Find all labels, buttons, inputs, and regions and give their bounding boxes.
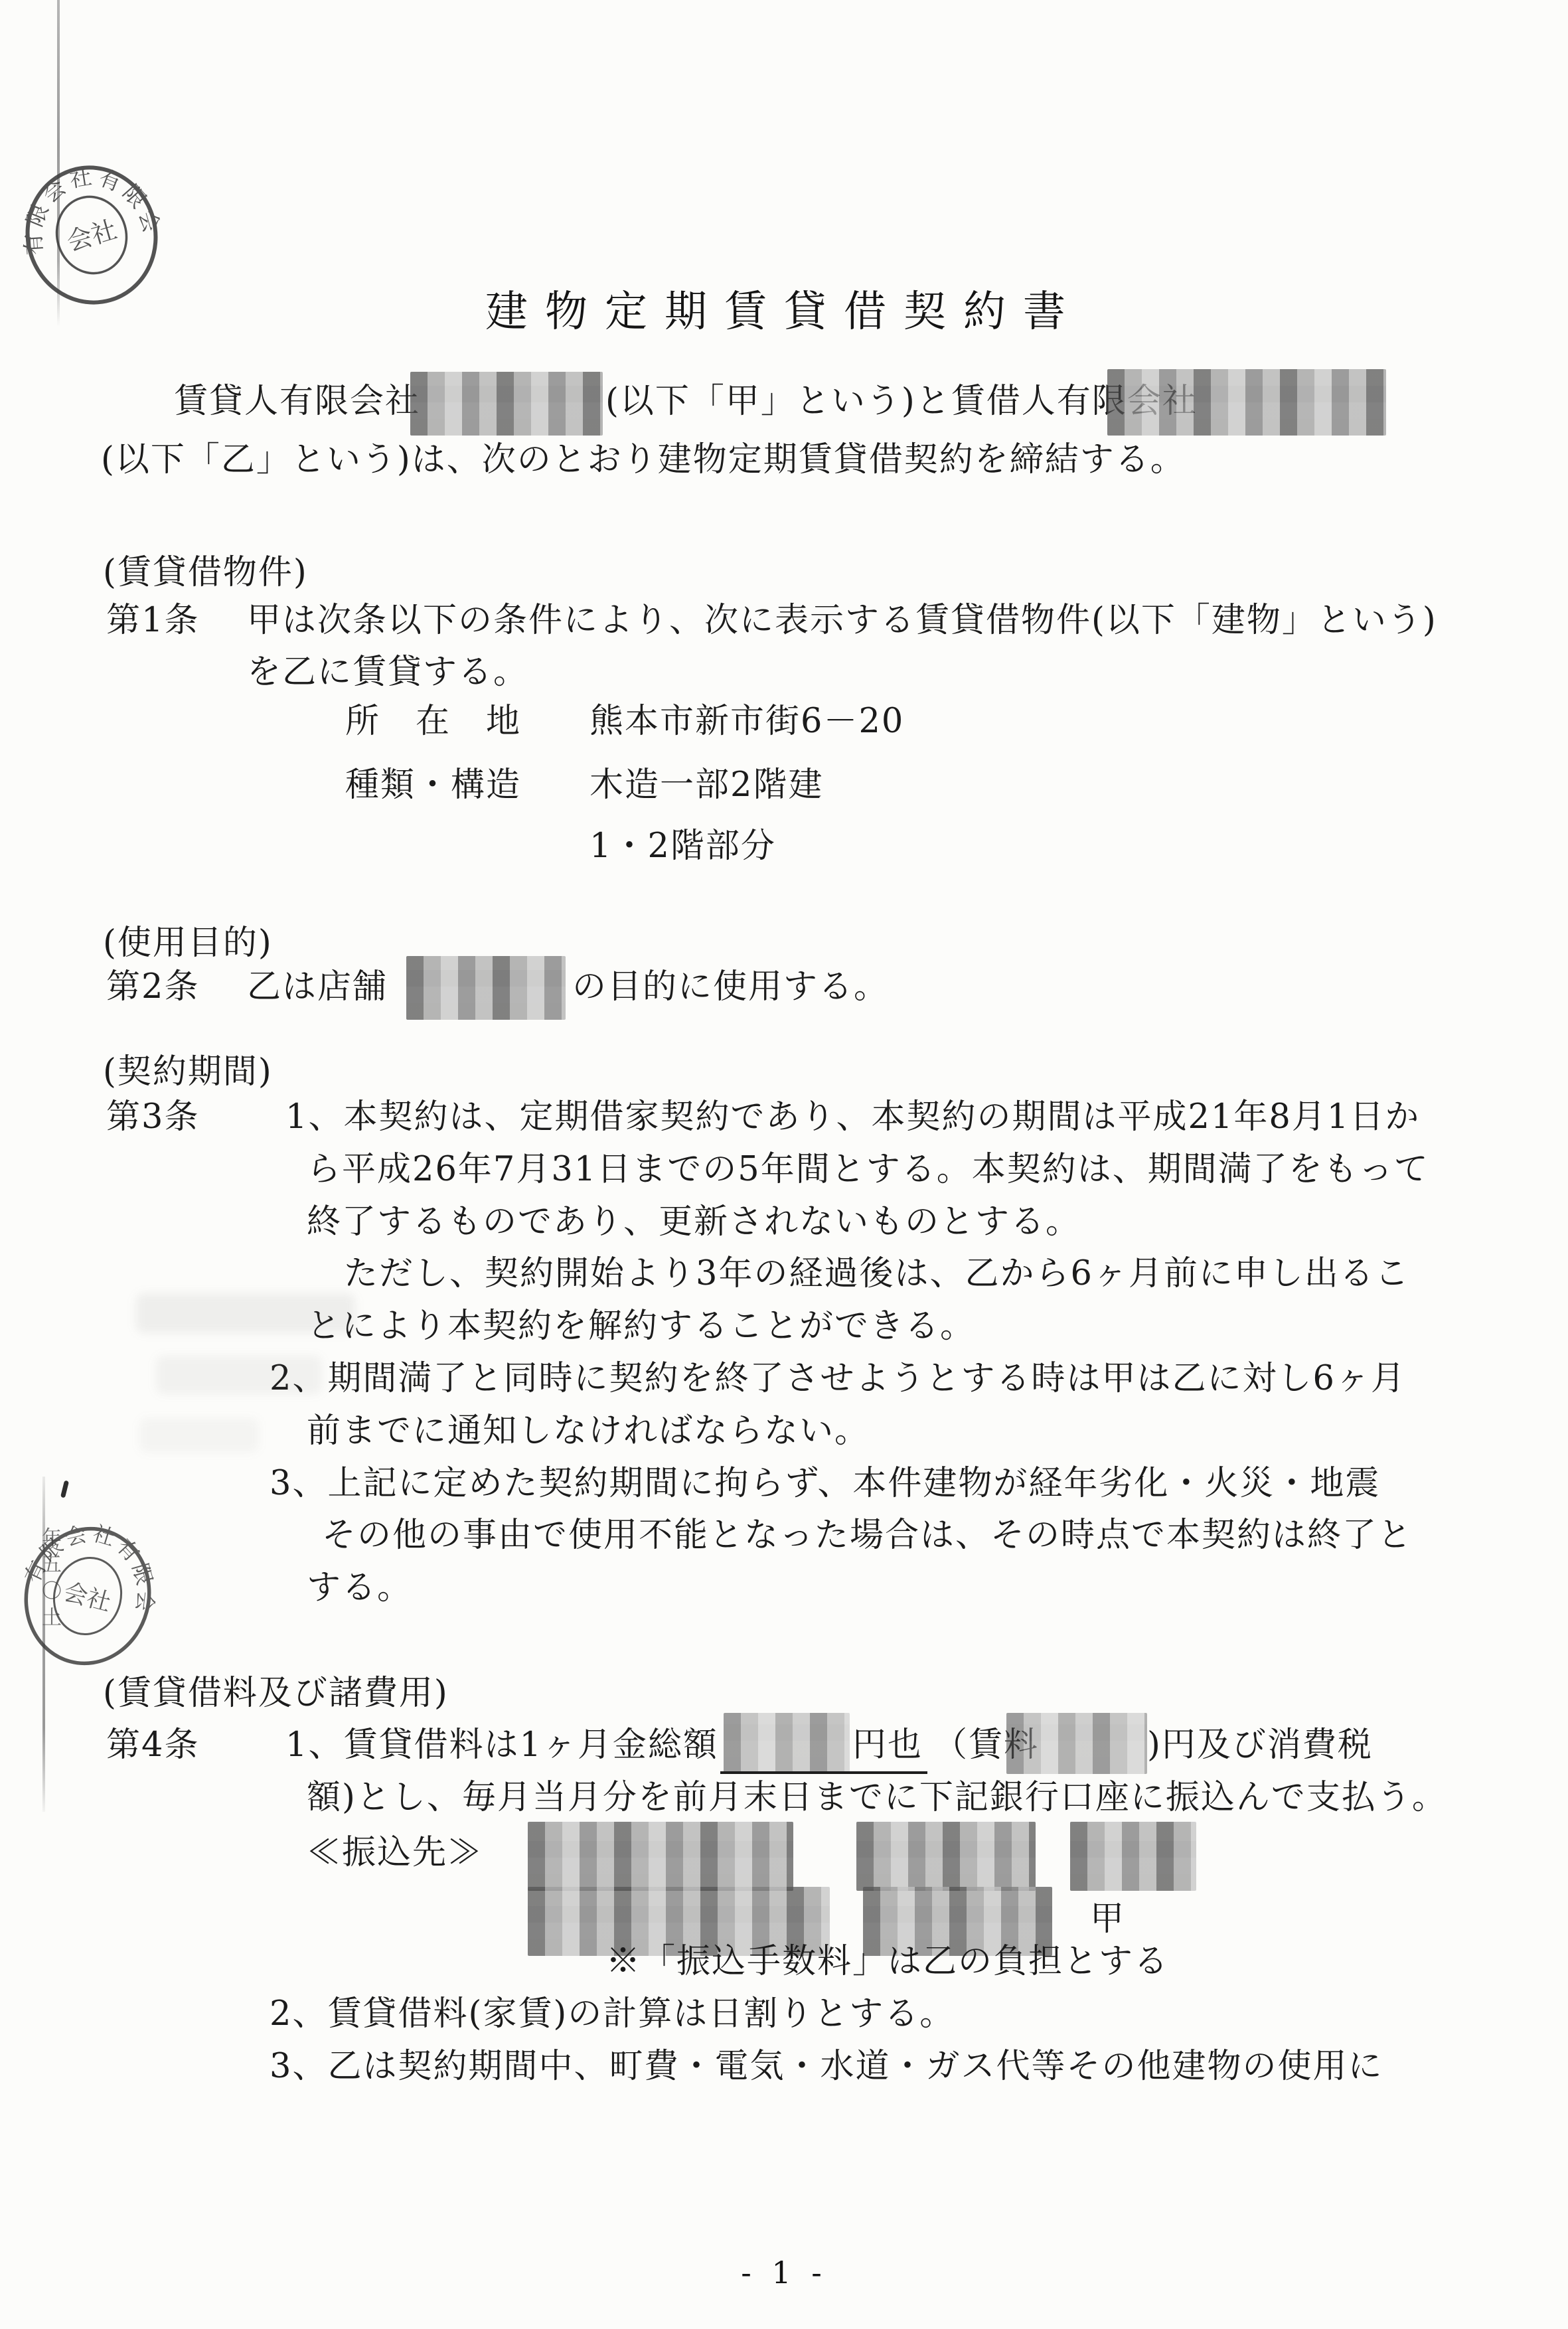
article3-heading: (契約期間) <box>103 1050 273 1094</box>
redaction-branch-name <box>856 1822 1036 1891</box>
seal-ring-text: 有限会社有限会社 <box>5 154 166 280</box>
article3-item3-line3: する。 <box>307 1566 412 1610</box>
redaction-lessor-name <box>410 372 603 436</box>
article1-heading: (賃貸借物件) <box>103 551 308 595</box>
article4-item1-pre: 1、賃貸借料は1ヶ月金総額 <box>285 1724 718 1767</box>
account-holder-suffix: 甲 <box>1090 1897 1125 1941</box>
article2-pre: 乙は店舗 <box>247 965 388 1009</box>
article3-item1-line5: とにより本契約を解約することができる。 <box>307 1305 975 1348</box>
redaction-rent-amount <box>1006 1713 1147 1774</box>
intro-lessor-text: 賃貸人有限会社 <box>174 380 420 424</box>
article4-heading: (賃貸借料及び諸費用) <box>103 1672 449 1716</box>
article1-label: 第1条 <box>106 599 199 643</box>
property-floors-value: 1・2階部分 <box>589 825 776 868</box>
seal-side-text: 年五〇土 <box>35 1527 64 1680</box>
article4-item2: 2、賃貸借料(家賃)の計算は日割りとする。 <box>270 1992 955 2036</box>
redaction-store-name <box>406 956 566 1020</box>
article3-item1-line4: ただし、契約開始より3年の経過後は、乙から6ヶ月前に申し出るこ <box>344 1252 1410 1296</box>
article2-heading: (使用目的) <box>103 922 273 965</box>
redaction-total-amount <box>724 1713 850 1774</box>
page-showthrough-smudge <box>139 1418 259 1453</box>
article4-label: 第4条 <box>106 1724 199 1767</box>
seal-inner-text: 会社 <box>60 1578 114 1617</box>
page-showthrough-smudge <box>136 1293 355 1333</box>
article3-item3-line2: その他の事由で使用不能となった場合は、その時点で本契約は終了と <box>322 1514 1413 1558</box>
property-structure-label: 種類・構造 <box>345 763 521 807</box>
article1-line1: 甲は次条以下の条件により、次に表示する賃貸借物件(以下「建物」という) <box>247 599 1437 643</box>
article2-suf: の目的に使用する。 <box>572 965 889 1009</box>
scan-artifact-tick <box>60 1481 69 1498</box>
property-structure-value: 木造一部2階建 <box>589 763 823 807</box>
article2-label: 第2条 <box>106 965 199 1009</box>
article3-item2-line1: 2、期間満了と同時に契約を終了させようとする時は甲は乙に対し6ヶ月 <box>270 1357 1406 1401</box>
article1-line2: を乙に賃貸する。 <box>247 651 528 694</box>
article3-item3-line1: 3、上記に定めた契約期間に拘らず、本件建物が経年劣化・火災・地震 <box>270 1462 1380 1506</box>
article3-item1-line3: 終了するものであり、更新されないものとする。 <box>307 1200 1081 1244</box>
article3-item1-line2: ら平成26年7月31日までの5年間とする。本契約は、期間満了をもって <box>307 1148 1429 1192</box>
article4-item1-suf: )円及び消費税 <box>1147 1724 1373 1767</box>
redaction-account-type <box>1070 1822 1196 1891</box>
article3-label: 第3条 <box>106 1095 199 1139</box>
article3-item1-line1: 1、本契約は、定期借家契約であり、本契約の期間は平成21年8月1日か <box>285 1095 1420 1139</box>
article4-item3: 3、乙は契約期間中、町費・電気・水道・ガス代等その他建物の使用に <box>270 2045 1383 2089</box>
page-showthrough-smudge <box>156 1356 322 1394</box>
intro-line2: (以下「乙」という)は、次のとおり建物定期賃貸借契約を締結する。 <box>101 438 1186 482</box>
svg-text:有限会社有限会社: 有限会社有限会社 <box>5 154 166 280</box>
article4-yen-text: 円也 <box>852 1724 923 1767</box>
amount-underline <box>720 1771 927 1774</box>
article4-item1-line2: 額)とし、毎月当月分を前月末日までに下記銀行口座に振込んで支払う。 <box>307 1776 1447 1820</box>
property-location-label: 所 在 地 <box>345 700 521 744</box>
transfer-fee-note: ※「振込手数料」は乙の負担とする <box>606 1940 1169 1984</box>
redaction-lessee-name <box>1107 369 1386 436</box>
article3-item2-line2: 前までに通知しなければならない。 <box>307 1409 870 1453</box>
seal-inner-text: 会社 <box>64 214 120 256</box>
document-title: 建物定期賃貸借契約書 <box>0 278 1568 339</box>
page-number: - 1 - <box>0 2255 1568 2290</box>
transfer-destination-label: ≪振込先≫ <box>307 1831 483 1875</box>
property-location-value: 熊本市新市街6－20 <box>589 700 904 744</box>
redaction-bank-name <box>528 1822 793 1891</box>
contract-page: 有限会社有限会社 会社 建物定期賃貸借契約書 賃貸人有限会社 (以下「甲」という… <box>0 0 1568 2329</box>
